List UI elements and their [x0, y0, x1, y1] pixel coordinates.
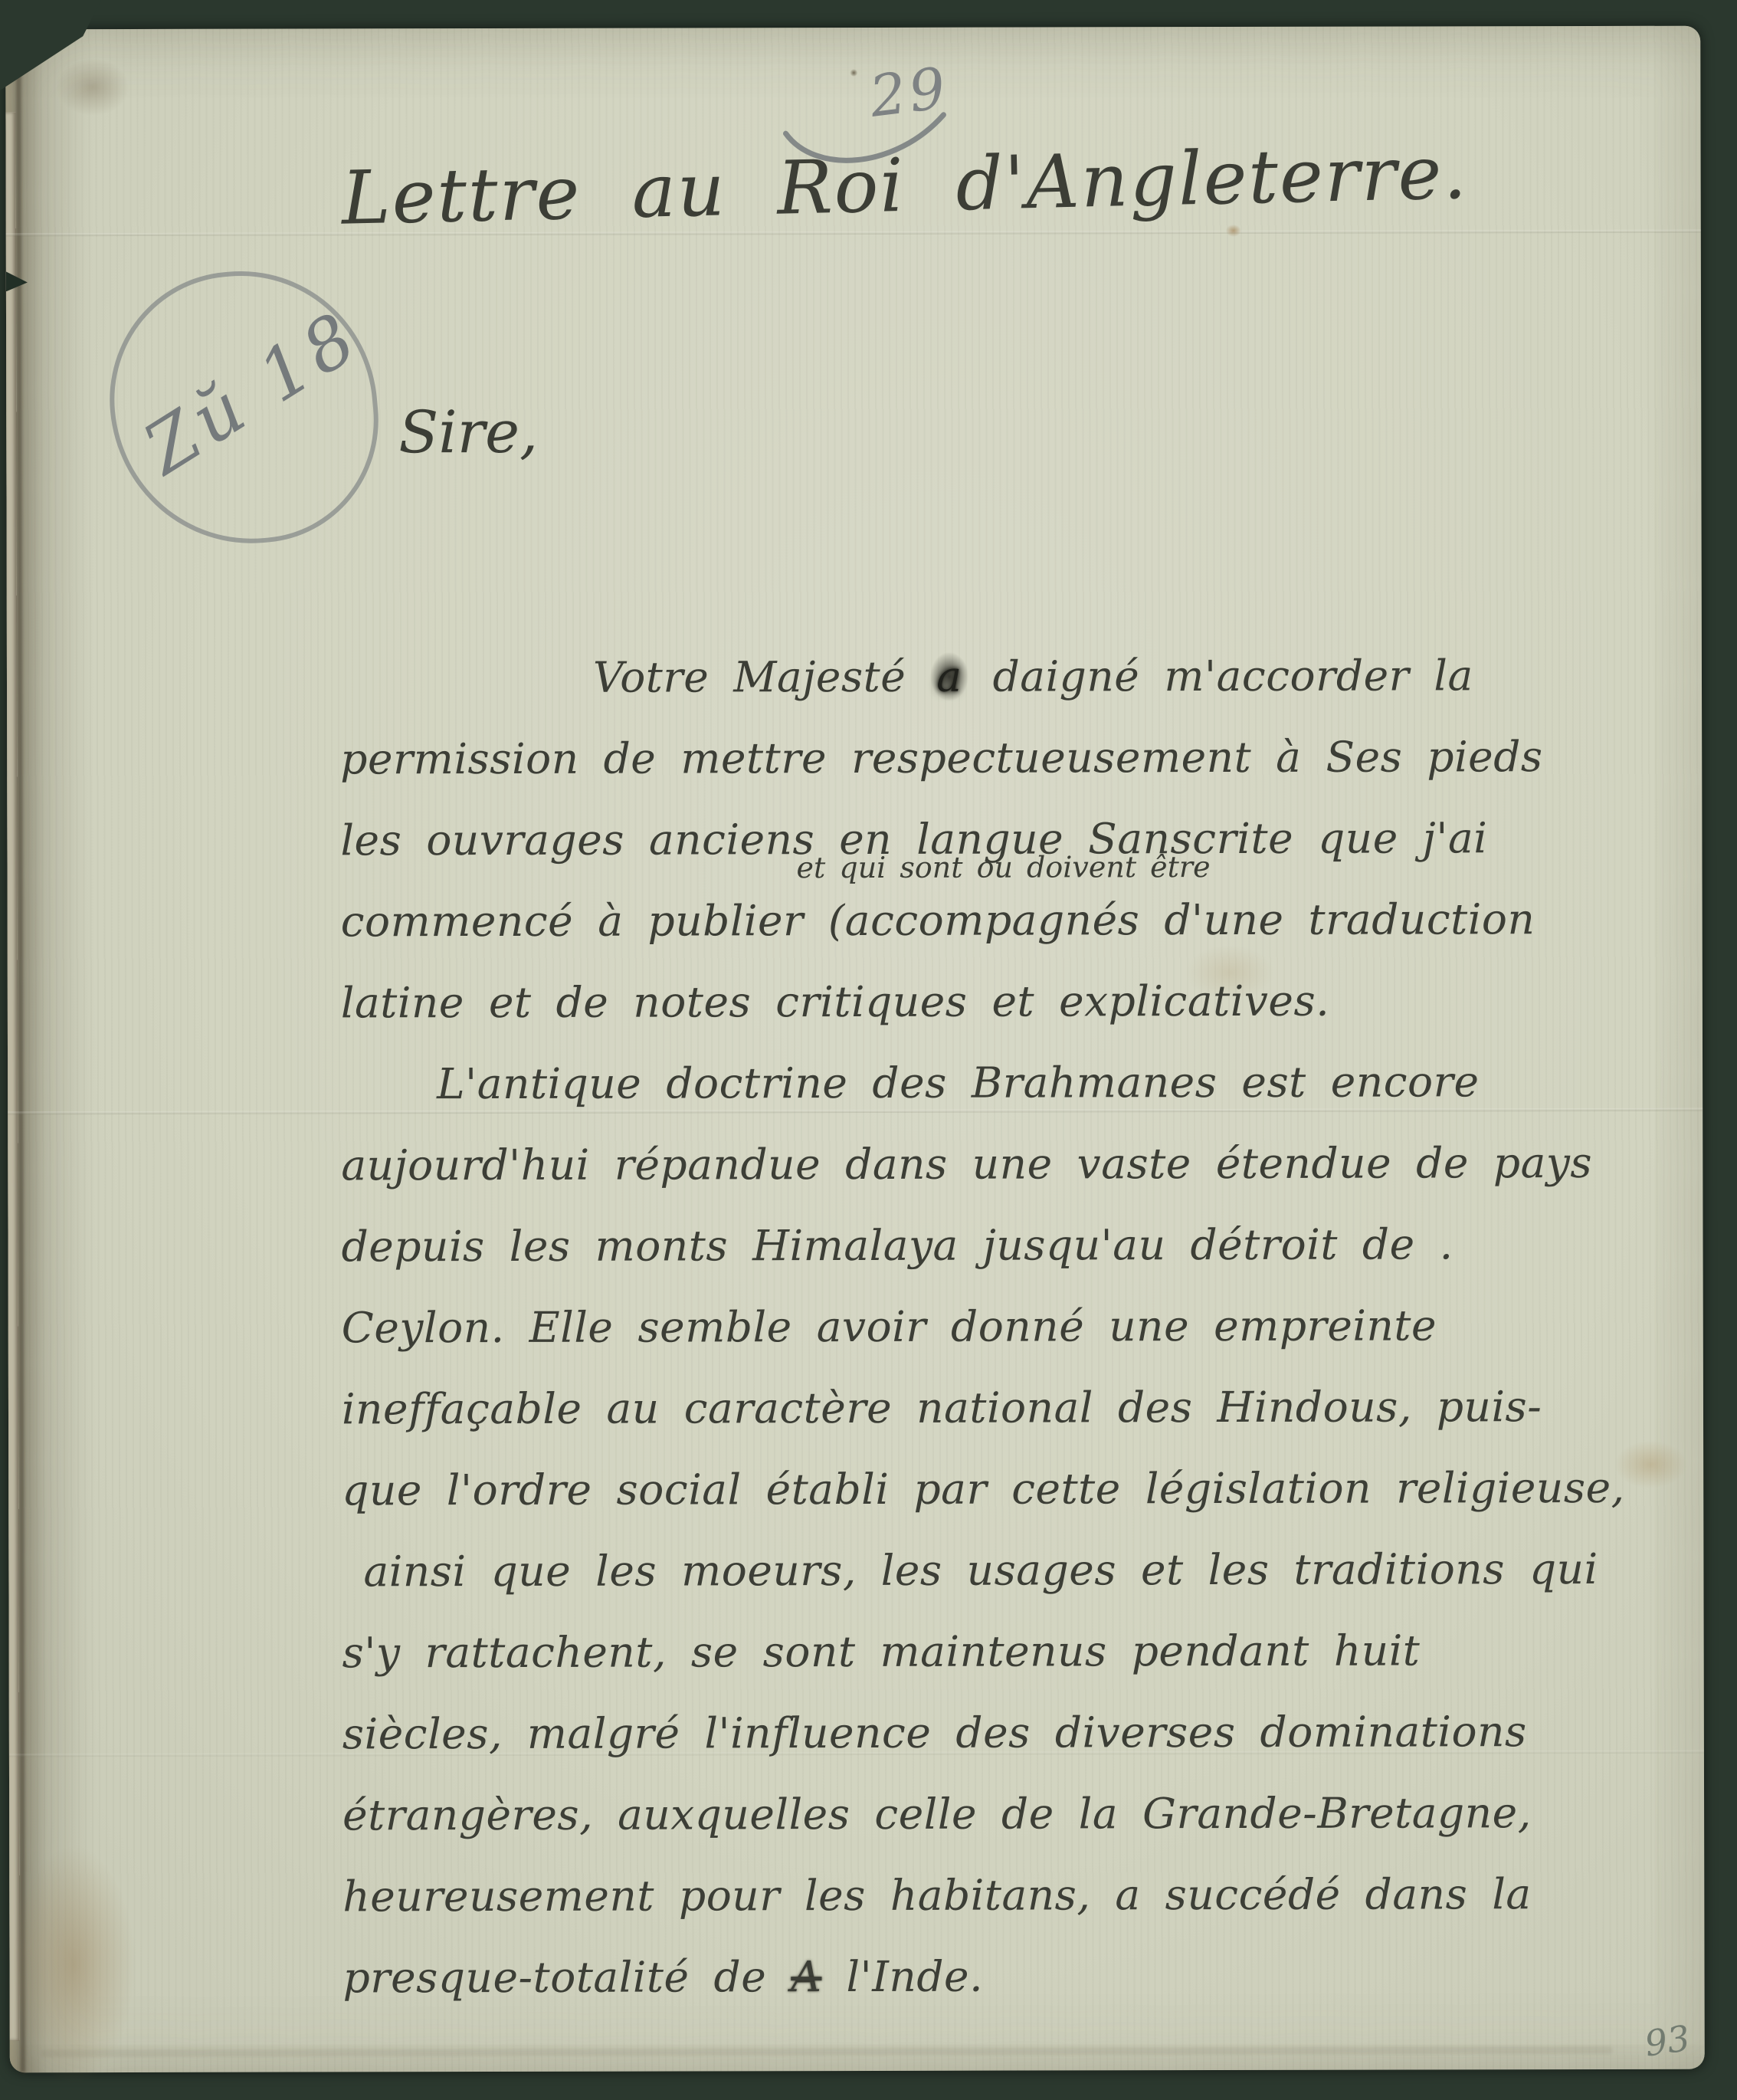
- line-text: ainsi que les moeurs, les usages et les …: [363, 1544, 1598, 1596]
- manuscript-line: L'antique doctrine des Brahmanes est enc…: [341, 1041, 1712, 1125]
- line-text: Votre Majesté: [593, 652, 930, 702]
- manuscript-page: 29 Zŭ 18 Lettre au Roi d'Angleterre. Sir…: [5, 26, 1705, 2073]
- manuscript-line: commencé à publier (accompagnés d'une tr…: [341, 878, 1712, 963]
- manuscript-line: presque-totalité de A l'Inde.: [342, 1934, 1714, 2019]
- manuscript-line: Votre Majesté a daigné m'accorder la: [340, 635, 1712, 719]
- struck-text: A: [791, 1952, 821, 2001]
- blot-text: a: [930, 652, 968, 701]
- line-text: L'antique doctrine des Brahmanes est enc…: [437, 1057, 1480, 1108]
- line-text: heureusement pour les habitans, a succéd…: [342, 1869, 1531, 1921]
- scanned-manuscript: 29 Zŭ 18 Lettre au Roi d'Angleterre. Sir…: [0, 0, 1737, 2100]
- line-text: daigné m'accorder la: [968, 651, 1473, 701]
- manuscript-line: Ceylon. Elle semble avoir donné une empr…: [342, 1285, 1713, 1369]
- manuscript-line: siècles, malgré l'influence des diverses…: [342, 1691, 1714, 1775]
- letter-salutation: Sire,: [398, 398, 538, 466]
- line-text: latine et de notes critiques et explicat…: [341, 976, 1329, 1028]
- line-text: aujourd'hui répandue dans une vaste éten…: [341, 1138, 1592, 1189]
- line-text: l'Inde.: [821, 1952, 983, 2001]
- manuscript-line: heureusement pour les habitans, a succéd…: [342, 1853, 1714, 1938]
- line-text: siècles, malgré l'influence des diverses…: [342, 1707, 1527, 1758]
- line-text: permission de mettre respectueusement à …: [340, 732, 1543, 783]
- letter-body: Votre Majesté a daigné m'accorder laperm…: [340, 635, 1715, 2019]
- manuscript-line: étrangères, auxquelles celle de la Grand…: [342, 1772, 1714, 1856]
- manuscript-line: permission de mettre respectueusement à …: [340, 716, 1712, 800]
- line-text: ineffaçable au caractère national des Hi…: [342, 1382, 1542, 1433]
- manuscript-line: ainsi que les moeurs, les usages et les …: [342, 1528, 1713, 1613]
- manuscript-line: que l'ordre social établi par cette légi…: [342, 1447, 1713, 1531]
- line-text: s'y rattachent, se sont maintenus pendan…: [342, 1626, 1421, 1677]
- line-text: presque-totalité de: [342, 1952, 791, 2002]
- line-text: que l'ordre social établi par cette légi…: [342, 1463, 1625, 1515]
- manuscript-line: s'y rattachent, se sont maintenus pendan…: [342, 1609, 1714, 1694]
- line-text: étrangères, auxquelles celle de la Grand…: [342, 1788, 1532, 1839]
- page-number: 93: [1642, 2017, 1693, 2065]
- manuscript-line: ineffaçable au caractère national des Hi…: [342, 1366, 1713, 1450]
- line-text: Ceylon. Elle semble avoir donné une empr…: [342, 1301, 1437, 1352]
- manuscript-line: depuis les monts Himalaya jusqu'au détro…: [341, 1203, 1712, 1288]
- line-text: depuis les monts Himalaya jusqu'au détro…: [341, 1219, 1453, 1271]
- manuscript-line: latine et de notes critiques et explicat…: [341, 960, 1712, 1044]
- line-text: commencé à publier (accompagnés d'une tr…: [341, 894, 1535, 946]
- archive-stamp-text: Zŭ 18: [130, 295, 375, 491]
- line-text: et qui sont ou doivent être: [796, 850, 1210, 884]
- manuscript-line: aujourd'hui répandue dans une vaste éten…: [341, 1122, 1712, 1206]
